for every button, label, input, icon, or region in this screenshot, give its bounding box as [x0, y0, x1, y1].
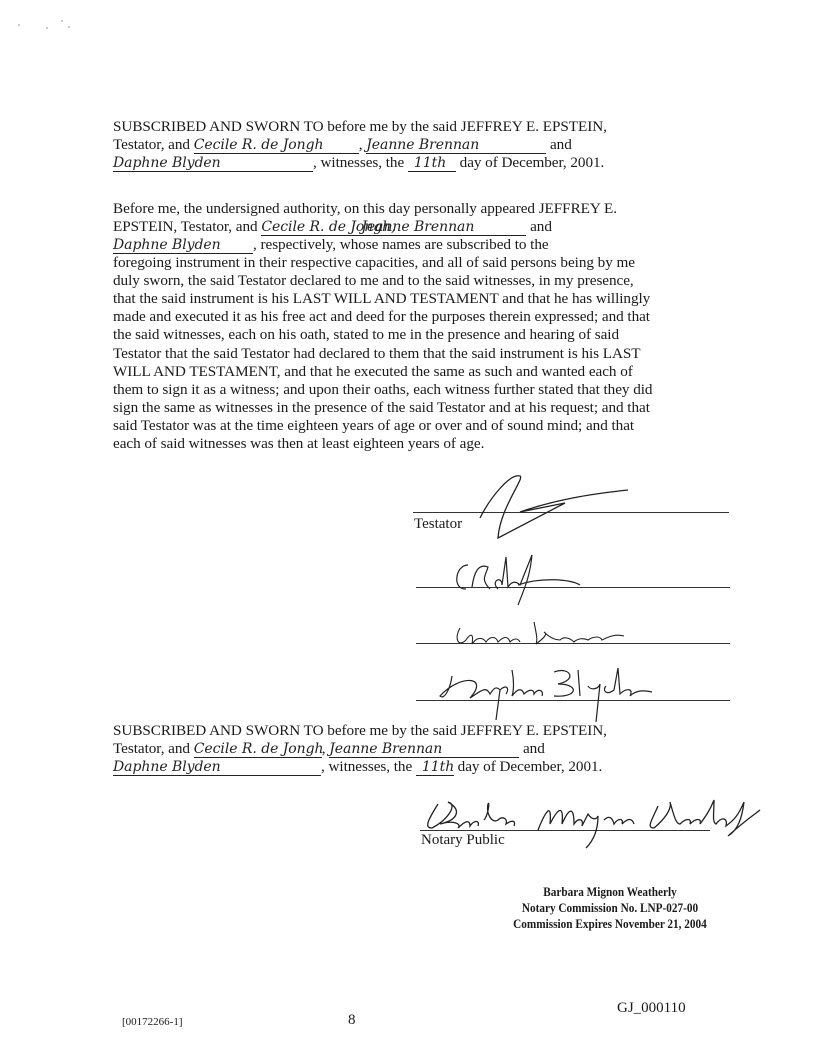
handwritten-witness1: Cecile R. de Jongh — [194, 138, 359, 154]
affidavit-line-1: Before me, the undersigned authority, on… — [113, 200, 617, 218]
handwritten-witness1: Cecile R. de Jongh, — [261, 220, 361, 236]
affidavit-body-line: made and executed it as his free act and… — [113, 308, 650, 326]
handwritten-witness2: Jeanne Brennan — [361, 220, 526, 236]
notary-public-label: Notary Public — [421, 832, 505, 849]
testator-label: Testator — [414, 516, 462, 533]
document-id: [00172266-1] — [122, 1016, 183, 1028]
jurat-line-2: Testator, and Cecile R. de Jongh, Jeanne… — [113, 740, 545, 758]
affidavit-body-line: the said witnesses, each on his oath, st… — [113, 326, 619, 344]
affidavit-body-line: each of said witnesses was then at least… — [113, 435, 484, 453]
affidavit-body-line: WILL AND TESTAMENT, and that he executed… — [113, 363, 633, 381]
witness1-signature — [450, 545, 620, 610]
handwritten-day: 11th — [408, 156, 456, 172]
handwritten-witness2: Jeanne Brennan — [329, 742, 519, 758]
witness3-signature — [430, 660, 670, 730]
handwritten-witness3: Daphne Blyden — [113, 156, 313, 172]
affidavit-body-line: foregoing instrument in their respective… — [113, 254, 635, 272]
notary-stamp: Barbara Mignon Weatherly Notary Commissi… — [493, 884, 727, 932]
notary-stamp-commission: Notary Commission No. LNP-027-00 — [493, 900, 727, 916]
notary-stamp-name: Barbara Mignon Weatherly — [493, 884, 727, 900]
handwritten-witness1: Cecile R. de Jongh — [194, 742, 322, 758]
handwritten-day: 11th — [416, 760, 454, 776]
handwritten-witness2: Jeanne Brennan — [366, 138, 546, 154]
affidavit-body-line: Testator that the said Testator had decl… — [113, 345, 641, 363]
affidavit-body-line: sign the same as witnesses in the presen… — [113, 399, 650, 417]
jurat-line-3: Daphne Blyden, witnesses, the 11th day o… — [113, 758, 602, 776]
affidavit-body-line: them to sign it as a witness; and upon t… — [113, 381, 652, 399]
handwritten-witness3: Daphne Blyden — [113, 238, 253, 254]
jurat-line-1: SUBSCRIBED AND SWORN TO before me by the… — [113, 118, 607, 136]
handwritten-witness3: Daphne Blyden — [113, 760, 321, 776]
affidavit-body-line: that the said instrument is his LAST WIL… — [113, 290, 650, 308]
affidavit-body-line: duly sworn, the said Testator declared t… — [113, 272, 634, 290]
page-number: 8 — [348, 1012, 356, 1029]
affidavit-line-2: EPSTEIN, Testator, and Cecile R. de Jong… — [113, 218, 552, 236]
affidavit-line-3: Daphne Blyden, respectively, whose names… — [113, 236, 549, 254]
notary-stamp-expires: Commission Expires November 21, 2004 — [493, 916, 727, 932]
jurat-line-1: SUBSCRIBED AND SWORN TO before me by the… — [113, 722, 607, 740]
scan-specks — [16, 18, 76, 30]
witness2-signature — [452, 618, 642, 656]
testator-signature — [470, 468, 670, 543]
jurat-line-3: Daphne Blyden, witnesses, the 11th day o… — [113, 154, 604, 172]
bates-number: GJ_000110 — [617, 1000, 686, 1017]
jurat-line-2: Testator, and Cecile R. de Jongh, Jeanne… — [113, 136, 572, 154]
affidavit-body-line: said Testator was at the time eighteen y… — [113, 417, 634, 435]
